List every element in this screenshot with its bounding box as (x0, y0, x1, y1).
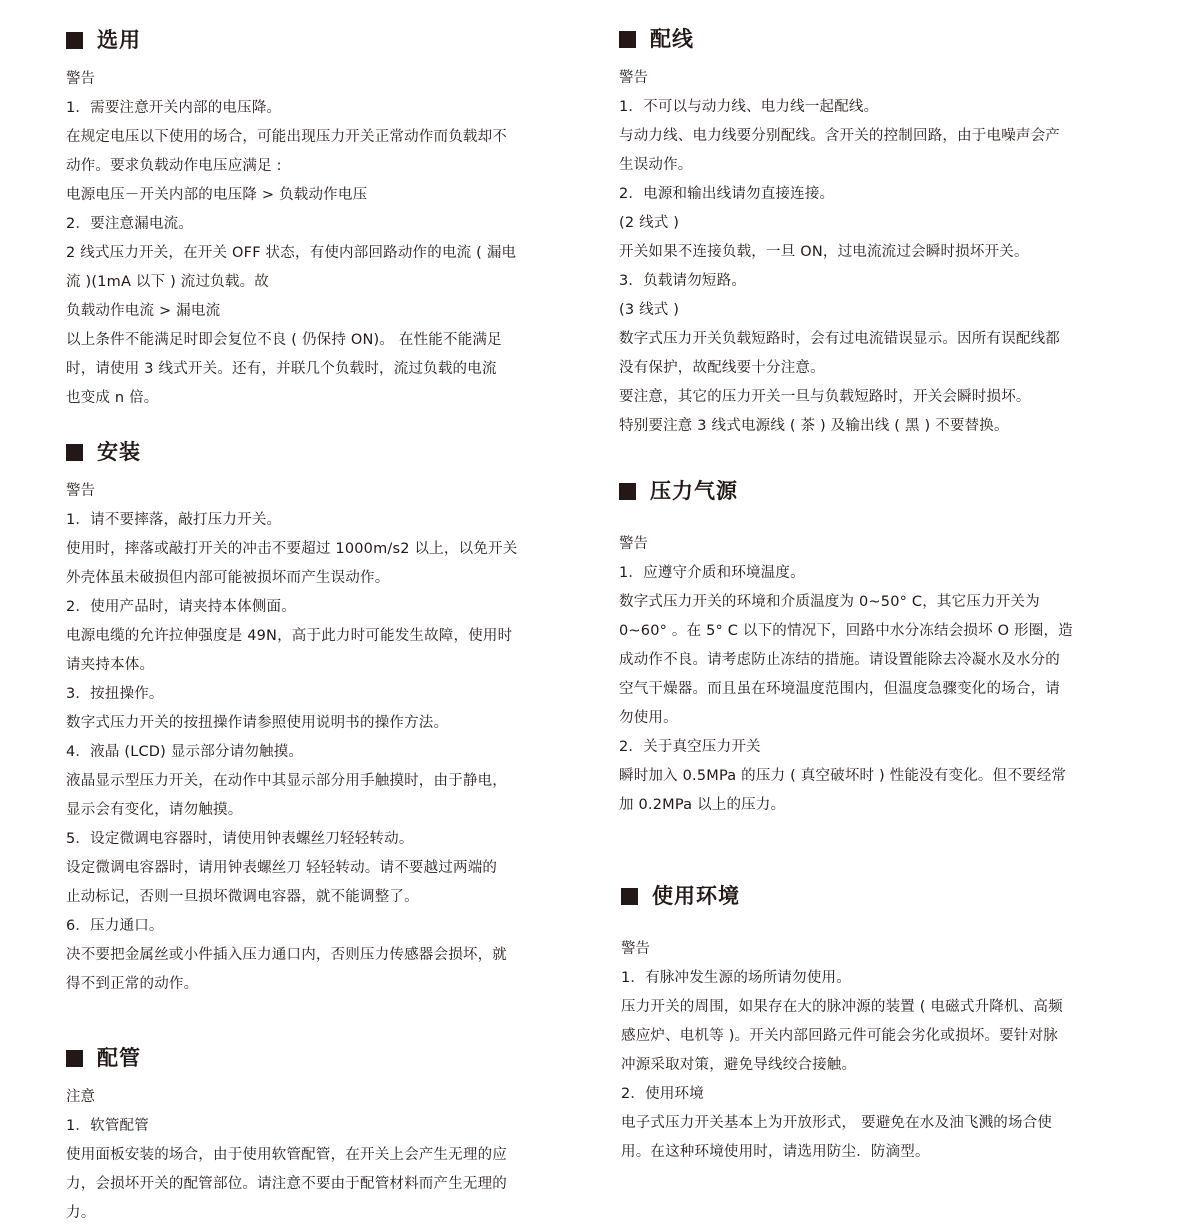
section-title: 使用环境 (652, 881, 740, 911)
section-wiring: 配线 警告 1．不可以与动力线、电力线一起配线。 与动力线、电力线要分别配线。含… (619, 24, 1109, 441)
text-line: 负载动作电流 > 漏电流 (66, 297, 556, 326)
section-title: 压力气源 (650, 476, 738, 506)
text-line: 用。在这种环境使用时，请选用防尘．防滴型。 (621, 1138, 1111, 1167)
text-line: 2．使用产品时，请夹持本体侧面。 (66, 593, 556, 622)
text-line: 决不要把金属丝或小件插入压力通口内，否则压力传感器会损坏，就 (66, 941, 556, 970)
text-line: 与动力线、电力线要分别配线。含开关的控制回路，由于电噪声会产 (619, 122, 1109, 151)
text-line: 要注意，其它的压力开关一旦与负载短路时，开关会瞬时损坏。 (619, 383, 1109, 412)
section-title: 配管 (97, 1043, 141, 1073)
text-line: 开关如果不连接负载，一旦 ON，过电流流过会瞬时损坏开关。 (619, 238, 1109, 267)
section-title: 选用 (97, 25, 141, 55)
section-heading: 压力气源 (619, 476, 1109, 506)
warning-label: 警告 (619, 530, 1109, 559)
text-line: 2 线式压力开关，在开关 OFF 状态，有使内部回路动作的电流 ( 漏电 (66, 239, 556, 268)
text-line: 加 0.2MPa 以上的压力。 (619, 791, 1109, 820)
text-line: 2．要注意漏电流。 (66, 210, 556, 239)
heading-square-icon (66, 1050, 83, 1067)
text-line: 感应炉、电机等 )。开关内部回路元件可能会劣化或损坏。要针对脉 (621, 1022, 1111, 1051)
text-line: 以上条件不能满足时即会复位不良 ( 仍保持 ON)。 在性能不能满足 (66, 326, 556, 355)
text-line: 空气干燥器。而且虽在环境温度范围内，但温度急骤变化的场合，请 (619, 675, 1109, 704)
text-line: 得不到正常的动作。 (66, 970, 556, 999)
text-line: 电源电压－开关内部的电压降 > 负载动作电压 (66, 181, 556, 210)
text-line: 生误动作。 (619, 151, 1109, 180)
section-heading: 配管 (66, 1043, 556, 1073)
heading-square-icon (66, 444, 83, 461)
text-line: 电源电缆的允许拉伸强度是 49N，高于此力时可能发生故障，使用时 (66, 622, 556, 651)
text-line: (2 线式 ) (619, 209, 1109, 238)
text-line: 6．压力通口。 (66, 912, 556, 941)
text-line: 数字式压力开关的环境和介质温度为 0~50° C，其它压力开关为 (619, 588, 1109, 617)
text-line: 特别要注意 3 线式电源线 ( 茶 ) 及输出线 ( 黑 ) 不要替换。 (619, 412, 1109, 441)
section-title: 配线 (650, 24, 694, 54)
text-line: 请夹持本体。 (66, 651, 556, 680)
text-line: 1．软管配管 (66, 1112, 556, 1141)
text-line: 2．使用环境 (621, 1080, 1111, 1109)
heading-square-icon (66, 32, 83, 49)
text-line: 也变成 n 倍。 (66, 384, 556, 413)
text-line: 显示会有变化，请勿触摸。 (66, 796, 556, 825)
text-line: 没有保护，故配线要十分注意。 (619, 354, 1109, 383)
section-piping: 配管 注意 1．软管配管 使用面板安装的场合，由于使用软管配管，在开关上会产生无… (66, 1043, 556, 1228)
text-line: 压力开关的周围，如果存在大的脉冲源的装置 ( 电磁式升降机、高频 (621, 993, 1111, 1022)
section-installation: 安装 警告 1．请不要摔落，敲打压力开关。 使用时，摔落或敲打开关的冲击不要超过… (66, 437, 556, 999)
text-line: 流 )(1mA 以下 ) 流过负载。故 (66, 268, 556, 297)
text-line: 使用时，摔落或敲打开关的冲击不要超过 1000m/s2 以上，以免开关 (66, 535, 556, 564)
text-line: 3．按扭操作。 (66, 680, 556, 709)
section-heading: 选用 (66, 25, 556, 55)
text-line: 勿使用。 (619, 704, 1109, 733)
text-line: 动作。要求负载动作电压应满足 : (66, 152, 556, 181)
text-line: 液晶显示型压力开关，在动作中其显示部分用手触摸时，由于静电， (66, 767, 556, 796)
warning-label: 警告 (66, 477, 556, 506)
section-heading: 安装 (66, 437, 556, 467)
text-line: 3．负载请勿短路。 (619, 267, 1109, 296)
text-line: 2．电源和输出线请勿直接连接。 (619, 180, 1109, 209)
section-selection: 选用 警告 1．需要注意开关内部的电压降。 在规定电压以下使用的场合，可能出现压… (66, 25, 556, 413)
warning-label: 警告 (621, 935, 1111, 964)
text-line: 成动作不良。请考虑防止冻结的措施。请设置能除去冷凝水及水分的 (619, 646, 1109, 675)
text-line: 力。 (66, 1199, 556, 1228)
text-line: 数字式压力开关的按扭操作请参照使用说明书的操作方法。 (66, 709, 556, 738)
text-line: 冲源采取对策，避免导线绞合接触。 (621, 1051, 1111, 1080)
section-title: 安装 (97, 437, 141, 467)
heading-square-icon (621, 888, 638, 905)
text-line: 0~60° 。在 5° C 以下的情况下，回路中水分冻结会损坏 O 形圈，造 (619, 617, 1109, 646)
text-line: 1．有脉冲发生源的场所请勿使用。 (621, 964, 1111, 993)
text-line: 4．液晶 (LCD) 显示部分请勿触摸。 (66, 738, 556, 767)
section-heading: 配线 (619, 24, 1109, 54)
warning-label: 警告 (619, 64, 1109, 93)
text-line: 电子式压力开关基本上为开放形式， 要避免在水及油飞溅的场合使 (621, 1109, 1111, 1138)
section-pressure-source: 压力气源 警告 1．应遵守介质和环境温度。 数字式压力开关的环境和介质温度为 0… (619, 476, 1109, 820)
text-line: 使用面板安装的场合，由于使用软管配管，在开关上会产生无理的应 (66, 1141, 556, 1170)
heading-square-icon (619, 31, 636, 48)
text-line: 设定微调电容器时，请用钟表螺丝刀 轻轻转动。请不要越过两端的 (66, 854, 556, 883)
text-line: 时，请使用 3 线式开关。还有，并联几个负载时，流过负载的电流 (66, 355, 556, 384)
text-line: 瞬时加入 0.5MPa 的压力 ( 真空破坏时 ) 性能没有变化。但不要经常 (619, 762, 1109, 791)
warning-label: 警告 (66, 65, 556, 94)
text-line: 止动标记，否则一旦损坏微调电容器，就不能调整了。 (66, 883, 556, 912)
section-heading: 使用环境 (621, 881, 1111, 911)
text-line: 1．应遵守介质和环境温度。 (619, 559, 1109, 588)
text-line: 在规定电压以下使用的场合，可能出现压力开关正常动作而负载却不 (66, 123, 556, 152)
caution-label: 注意 (66, 1083, 556, 1112)
text-line: 1．请不要摔落，敲打压力开关。 (66, 506, 556, 535)
text-line: 数字式压力开关负载短路时，会有过电流错误显示。因所有误配线都 (619, 325, 1109, 354)
text-line: 2．关于真空压力开关 (619, 733, 1109, 762)
text-line: (3 线式 ) (619, 296, 1109, 325)
heading-square-icon (619, 483, 636, 500)
section-operating-environment: 使用环境 警告 1．有脉冲发生源的场所请勿使用。 压力开关的周围，如果存在大的脉… (621, 881, 1111, 1167)
text-line: 外壳体虽未破损但内部可能被损坏而产生误动作。 (66, 564, 556, 593)
text-line: 1．需要注意开关内部的电压降。 (66, 94, 556, 123)
text-line: 5．设定微调电容器时，请使用钟表螺丝刀轻轻转动。 (66, 825, 556, 854)
text-line: 力，会损坏开关的配管部位。请注意不要由于配管材料而产生无理的 (66, 1170, 556, 1199)
text-line: 1．不可以与动力线、电力线一起配线。 (619, 93, 1109, 122)
